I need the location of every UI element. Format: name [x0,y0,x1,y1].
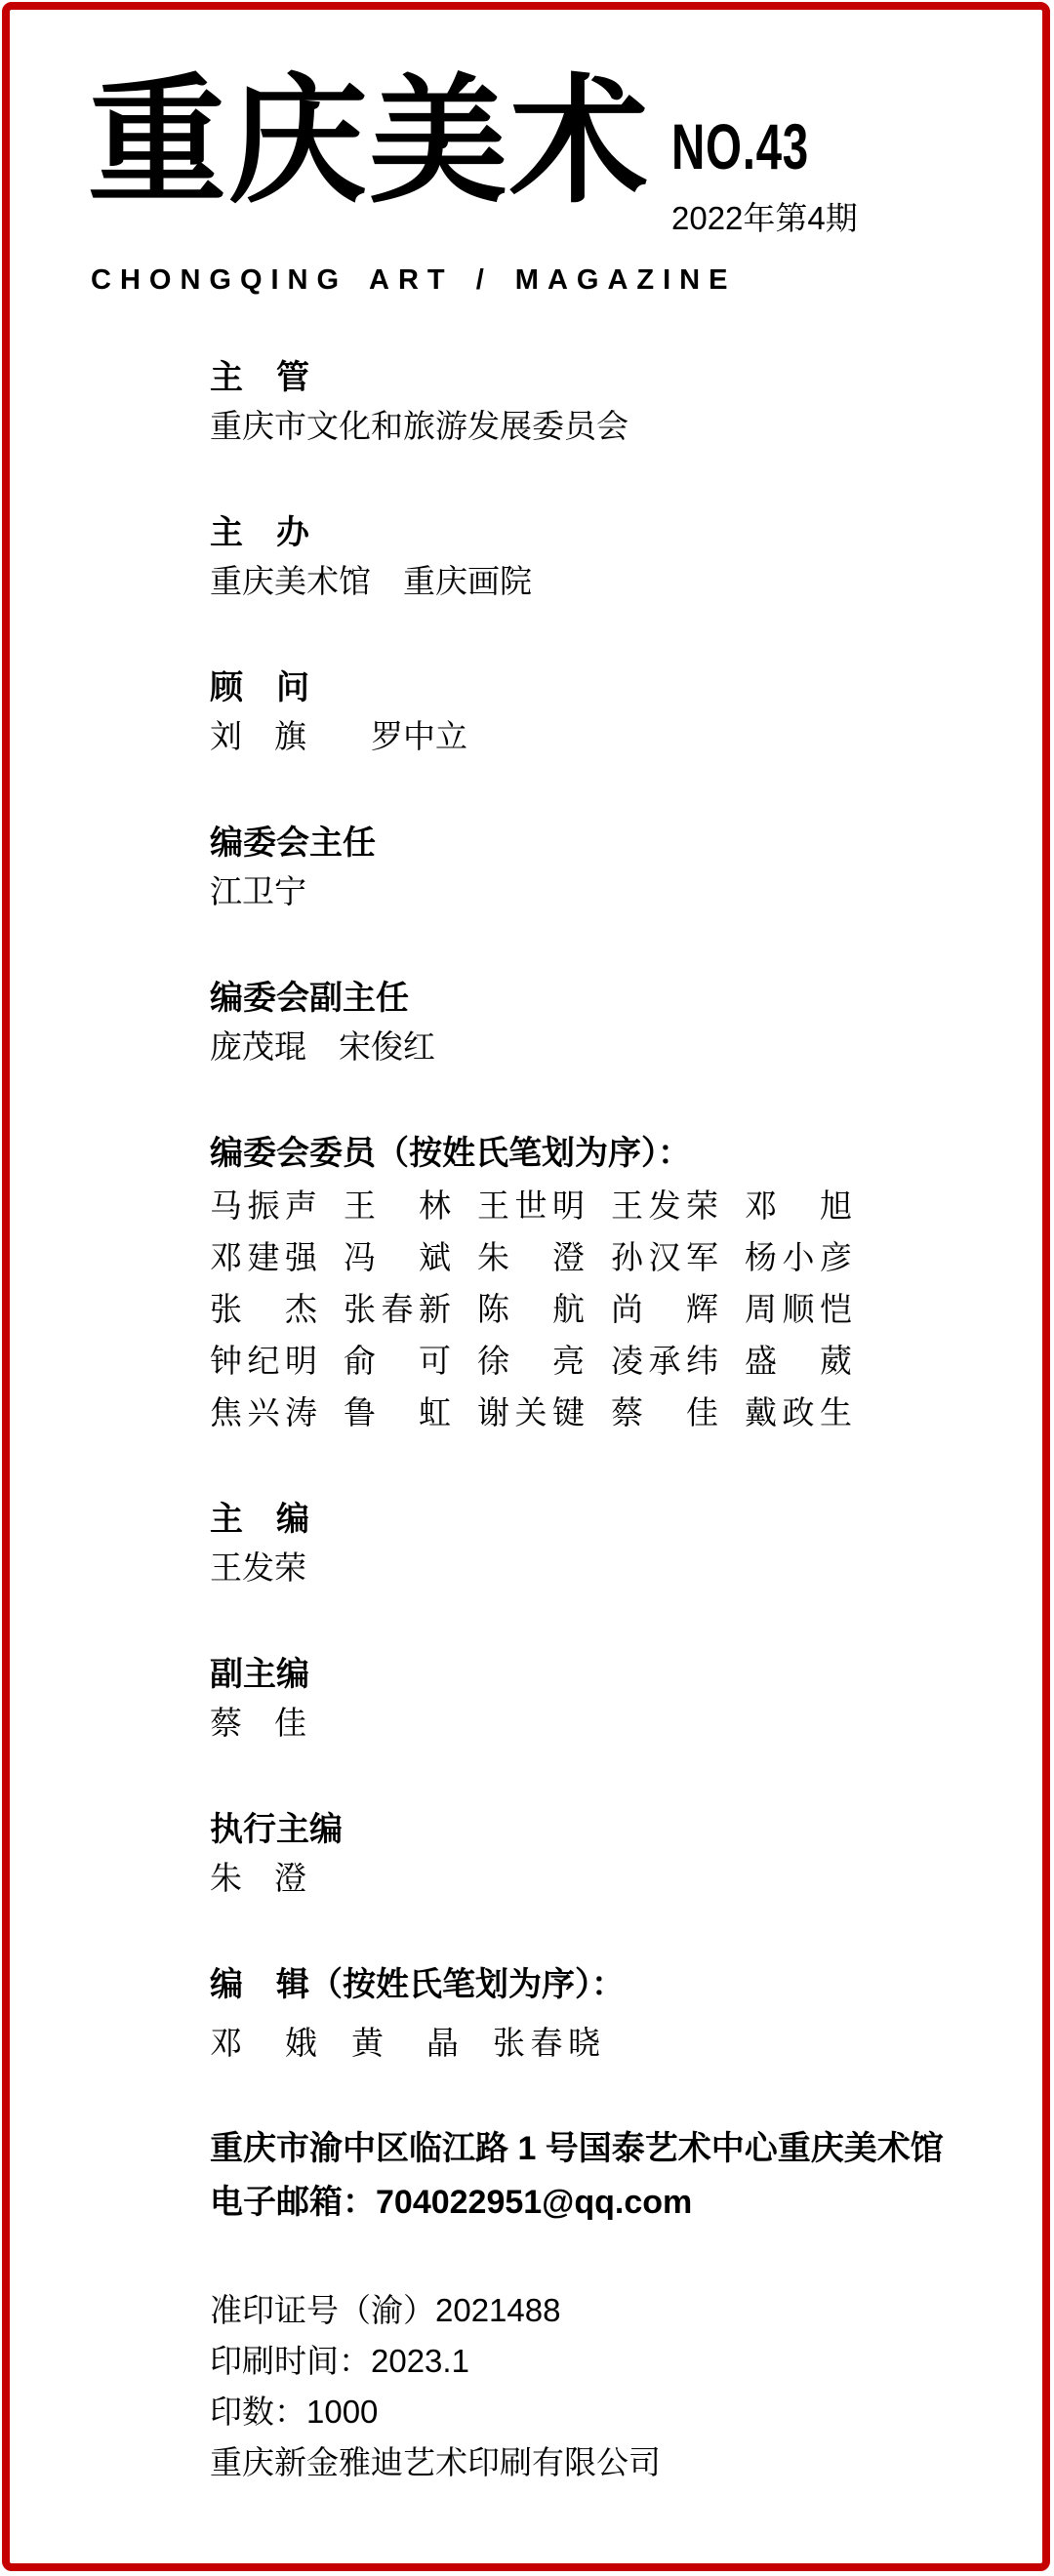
section-label: 编委会委员（按姓氏笔划为序）： [210,1137,952,1170]
section-value: 江卫宁 [210,875,952,907]
committee-member-name: 焦兴涛 [210,1396,317,1429]
committee-member-name: 尚辉 [611,1293,718,1325]
committee-member-name: 王发荣 [611,1189,718,1222]
colophon-content: 主 管 重庆市文化和旅游发展委员会 主 办 重庆美术馆 重庆画院 顾 问 刘 旗… [210,0,952,2478]
section-committee-deputy-directors: 编委会副主任 庞茂琨 宋俊红 [210,982,952,1063]
section-supervisor: 主 管 重庆市文化和旅游发展委员会 [210,361,952,442]
print-count-line: 印数：1000 [210,2395,952,2428]
section-label: 副主编 [210,1658,952,1691]
committee-member-name: 邓建强 [210,1241,317,1273]
address-line: 重庆市渝中区临江路 1 号国泰艺术中心重庆美术馆 [210,2133,952,2165]
email-line: 电子邮箱：704022951@qq.com [210,2187,952,2219]
section-editors: 编 辑（按姓氏笔划为序）： 邓娥黄晶张春晓 [210,1968,952,2059]
committee-member-name: 孙汉军 [611,1241,718,1273]
committee-member-name: 朱澄 [477,1241,585,1273]
section-label: 主 编 [210,1503,952,1536]
section-value: 重庆市文化和旅游发展委员会 [210,410,952,442]
section-label: 主 办 [210,516,952,549]
section-value: 王发荣 [210,1551,952,1584]
section-label: 编 辑（按姓氏笔划为序）： [210,1968,952,2001]
committee-member-name: 谢关键 [477,1396,585,1429]
committee-member-name: 戴政生 [745,1396,852,1429]
committee-member-name: 盛葳 [745,1345,852,1377]
editors-grid: 邓娥黄晶张春晓 [210,2027,952,2059]
imprint-block: 准印证号（渝）2021488 印刷时间：2023.1 印数：1000 重庆新金雅… [210,2294,952,2478]
editor-name: 张春晓 [493,2027,600,2059]
printer-name-line: 重庆新金雅迪艺术印刷有限公司 [210,2446,952,2478]
committee-member-name: 周顺恺 [745,1293,852,1325]
print-license-line: 准印证号（渝）2021488 [210,2294,952,2326]
committee-member-name: 王世明 [477,1189,585,1222]
committee-member-name: 俞可 [344,1345,451,1377]
section-committee-members: 编委会委员（按姓氏笔划为序）： 马振声王林王世明王发荣邓旭邓建强冯斌朱澄孙汉军杨… [210,1137,952,1429]
section-deputy-chief-editor: 副主编 蔡 佳 [210,1658,952,1739]
print-date-line: 印刷时间：2023.1 [210,2345,952,2377]
section-committee-director: 编委会主任 江卫宁 [210,826,952,907]
section-value: 刘 旗 罗中立 [210,720,952,752]
contact-block: 重庆市渝中区临江路 1 号国泰艺术中心重庆美术馆 电子邮箱：704022951@… [210,2133,952,2219]
section-value: 朱 澄 [210,1862,952,1894]
section-value: 蔡 佳 [210,1707,952,1739]
committee-member-name: 马振声 [210,1189,317,1222]
committee-grid: 马振声王林王世明王发荣邓旭邓建强冯斌朱澄孙汉军杨小彦张杰张春新陈航尚辉周顺恺钟纪… [210,1189,952,1429]
section-label: 编委会副主任 [210,982,952,1015]
committee-member-name: 凌承纬 [611,1345,718,1377]
editor-name: 邓娥 [210,2027,317,2059]
section-label: 顾 问 [210,671,952,704]
committee-member-name: 徐亮 [477,1345,585,1377]
committee-member-name: 钟纪明 [210,1345,317,1377]
section-value: 庞茂琨 宋俊红 [210,1030,952,1063]
section-chief-editor: 主 编 王发荣 [210,1503,952,1584]
section-label: 主 管 [210,361,952,394]
committee-member-name: 冯斌 [344,1241,451,1273]
committee-member-name: 鲁虹 [344,1396,451,1429]
editor-name: 黄晶 [351,2027,459,2059]
committee-member-name: 杨小彦 [745,1241,852,1273]
section-value: 重庆美术馆 重庆画院 [210,565,952,597]
committee-member-name: 张杰 [210,1293,317,1325]
magazine-colophon-page: 重庆美术 NO.43 2022年第4期 CHONGQING ART / MAGA… [0,0,1054,2576]
committee-member-name: 陈航 [477,1293,585,1325]
committee-member-name: 王林 [344,1189,451,1222]
committee-member-name: 邓旭 [745,1189,852,1222]
section-advisors: 顾 问 刘 旗 罗中立 [210,671,952,752]
committee-member-name: 蔡佳 [611,1396,718,1429]
section-organizer: 主 办 重庆美术馆 重庆画院 [210,516,952,597]
section-label: 执行主编 [210,1813,952,1846]
section-executive-editor: 执行主编 朱 澄 [210,1813,952,1894]
committee-member-name: 张春新 [344,1293,451,1325]
section-label: 编委会主任 [210,826,952,860]
